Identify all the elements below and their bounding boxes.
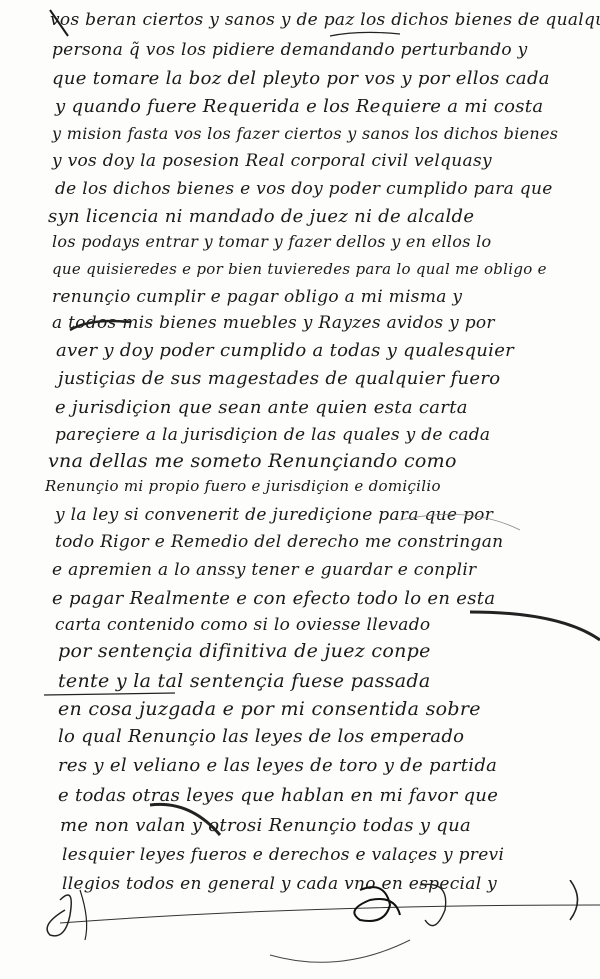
text-line-16: pareçiere a la jurisdiçion de las quales… — [55, 425, 490, 445]
text-line-20: todo Rigor e Remedio del derecho me cons… — [55, 532, 503, 552]
text-line-14: justiçias de sus magestades de qualquier… — [58, 368, 500, 389]
text-line-24: por sentençia difinitiva de juez conpe — [58, 640, 431, 662]
text-line-18: Renunçio mi propio fuero e jurisdiçion e… — [45, 477, 441, 495]
text-line-30: me non valan y otrosi Renunçio todas y q… — [60, 815, 471, 836]
text-line-8: syn licencia ni mandado de juez ni de al… — [48, 206, 474, 227]
text-line-29: e todas otras leyes que hablan en mi fav… — [58, 785, 498, 806]
text-line-21: e apremien a lo anssy tener e guardar e … — [52, 560, 476, 580]
text-line-12: a todos mis bienes muebles y Rayzes avid… — [52, 313, 495, 333]
text-line-3: que tomare la boz del pleyto por vos y p… — [52, 68, 550, 89]
text-line-6: y vos doy la posesion Real corporal civi… — [52, 151, 492, 171]
text-line-4: y quando fuere Requerida e los Requiere … — [55, 96, 543, 117]
text-line-10: que quisieredes e por bien tuvieredes pa… — [52, 260, 547, 278]
text-line-28: res y el veliano e las leyes de toro y d… — [58, 755, 497, 776]
text-line-25: tente y la tal sentençia fuese passada — [58, 670, 431, 692]
text-line-19: y la ley si convenerit de jurediçione pa… — [55, 505, 493, 525]
notary-signature-rubric — [40, 880, 600, 979]
text-line-11: renunçio cumplir e pagar obligo a mi mis… — [52, 287, 462, 307]
text-line-23: carta contenido como si lo oviesse lleva… — [55, 615, 430, 635]
text-line-2: persona q̃ vos los pidiere demandando pe… — [52, 40, 528, 60]
text-line-22: e pagar Realmente e con efecto todo lo e… — [52, 588, 495, 609]
text-line-13: aver y doy poder cumplido a todas y qual… — [56, 340, 514, 361]
manuscript-page: vos beran ciertos y sanos y de paz los d… — [0, 0, 600, 979]
text-line-1: vos beran ciertos y sanos y de paz los d… — [50, 10, 600, 30]
text-line-31: lesquier leyes fueros e derechos e valaç… — [62, 845, 504, 865]
text-line-9: los podays entrar y tomar y fazer dellos… — [52, 232, 491, 251]
text-line-27: lo qual Renunçio las leyes de los empera… — [58, 726, 464, 747]
text-line-26: en cosa juzgada e por mi consentida sobr… — [58, 698, 481, 720]
text-line-5: y mision fasta vos los fazer ciertos y s… — [52, 124, 558, 143]
text-line-17: vna dellas me someto Renunçiando como — [48, 450, 457, 472]
text-line-7: de los dichos bienes e vos doy poder cum… — [55, 179, 553, 199]
text-line-15: e jurisdiçion que sean ante quien esta c… — [55, 397, 468, 418]
